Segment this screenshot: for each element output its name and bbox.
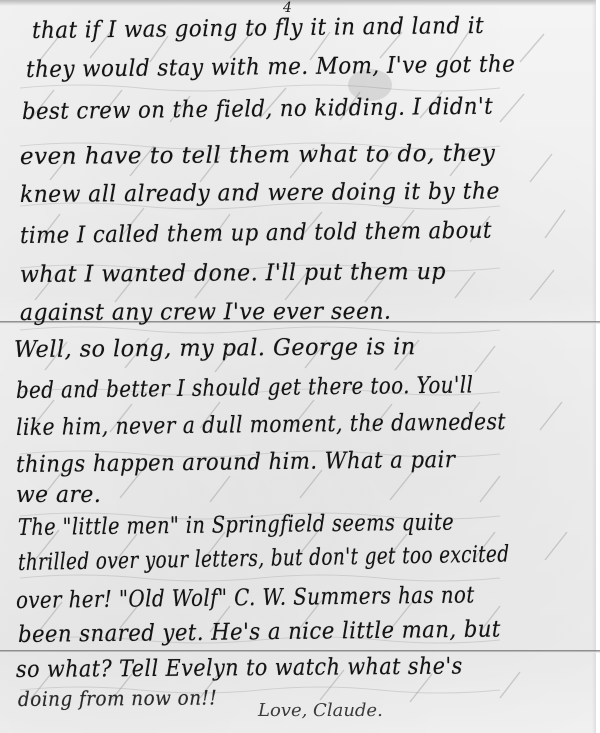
letter-line: so what? Tell Evelyn to watch what she's [16, 654, 463, 683]
page-number: 4 [283, 0, 292, 16]
letter-line: even have to tell them what to do, they [20, 141, 496, 170]
letter-line: time I called them up and told them abou… [20, 218, 492, 249]
letter-line: over her! "Old Wolf" C. W. Summers has n… [16, 582, 475, 614]
letter-line: thrilled over your letters, but don't ge… [18, 541, 510, 576]
letter-line: doing from now on!! [18, 685, 217, 711]
letter-line: things happen around him. What a pair [16, 447, 456, 478]
letter-line: Well, so long, my pal. George is in [14, 334, 416, 363]
letter-line: knew all already and were doing it by th… [20, 178, 500, 208]
letter-line: The "little men" in Springfield seems qu… [18, 510, 454, 541]
letter-line: they would stay with me. Mom, I've got t… [26, 51, 516, 83]
letter-line: bed and better I should get there too. Y… [16, 372, 474, 404]
paper-right-edge [592, 0, 600, 733]
letter-line: against any crew I've ever seen. [20, 299, 392, 326]
letter-line: we are. [16, 482, 101, 508]
letter-line: best crew on the field, no kidding. I di… [22, 94, 493, 125]
paper-top-edge [0, 0, 600, 6]
letter-line: been snared yet. He's a nice little man,… [18, 617, 501, 648]
letter-page: 4 that if I was going to fly it in and l… [0, 0, 600, 733]
letter-line: like him, never a dull moment, the dawne… [16, 409, 506, 441]
letter-signature: Love, Claude. [258, 700, 383, 721]
letter-line: that if I was going to fly it in and lan… [32, 13, 484, 44]
letter-line: what I wanted done. I'll put them up [20, 259, 446, 288]
paper-fold-line [0, 650, 600, 653]
